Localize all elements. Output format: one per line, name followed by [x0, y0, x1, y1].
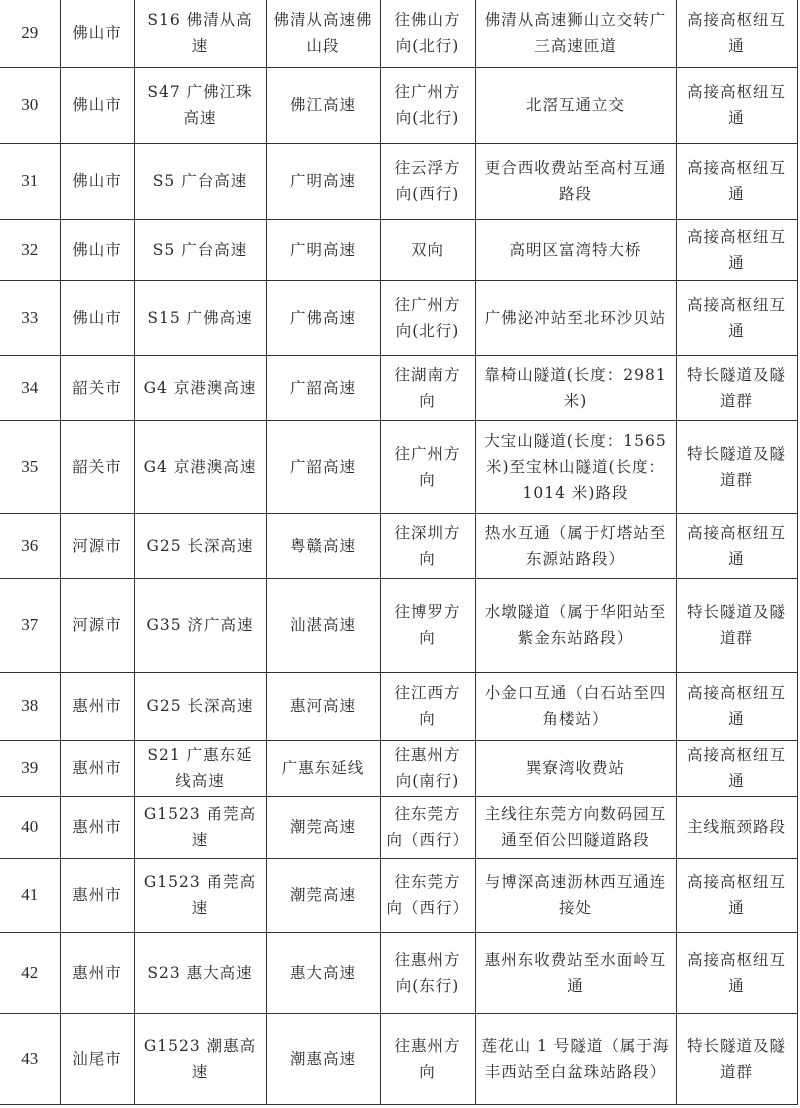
row-number: 34 [0, 355, 60, 420]
road-cell: S16 佛清从高速 [134, 0, 266, 67]
type-cell: 特长隧道及隧道群 [676, 1013, 797, 1104]
table-row: 35韶关市G4 京港澳高速广韶高速往广州方向大宝山隧道(长度：1565米)至宝林… [0, 420, 797, 513]
road-cell: G4 京港澳高速 [134, 355, 266, 420]
direction-cell: 往深圳方向 [380, 513, 475, 578]
location-cell: 靠椅山隧道(长度：2981米) [475, 355, 676, 420]
city-cell: 佛山市 [60, 280, 134, 355]
type-cell: 高接高枢纽互通 [676, 0, 797, 67]
table-row: 40惠州市G1523 甬莞高速潮莞高速往东莞方向（西行）主线往东莞方向数码园互通… [0, 796, 797, 858]
row-number: 40 [0, 796, 60, 858]
row-number: 38 [0, 672, 60, 740]
table-row: 38惠州市G25 长深高速惠河高速往江西方向小金口互通（白石站至四角楼站）高接高… [0, 672, 797, 740]
location-cell: 惠州东收费站至水面岭互通 [475, 932, 676, 1013]
location-cell: 莲花山 1 号隧道（属于海丰西站至白盆珠站路段） [475, 1013, 676, 1104]
road-cell: S21 广惠东延线高速 [134, 740, 266, 796]
table-row: 36河源市G25 长深高速粤赣高速往深圳方向热水互通（属于灯塔站至东源站路段）高… [0, 513, 797, 578]
row-number: 41 [0, 858, 60, 932]
direction-cell: 往惠州方向 [380, 1013, 475, 1104]
city-cell: 佛山市 [60, 219, 134, 280]
type-cell: 高接高枢纽互通 [676, 513, 797, 578]
city-cell: 惠州市 [60, 858, 134, 932]
section-cell: 广惠东延线 [266, 740, 380, 796]
section-cell: 惠大高速 [266, 932, 380, 1013]
direction-cell: 往东莞方向（西行） [380, 796, 475, 858]
direction-cell: 往广州方向 [380, 420, 475, 513]
section-cell: 潮莞高速 [266, 796, 380, 858]
road-cell: G35 济广高速 [134, 578, 266, 672]
road-cell: G1523 潮惠高速 [134, 1013, 266, 1104]
location-cell: 巽寮湾收费站 [475, 740, 676, 796]
road-cell: G1523 甬莞高速 [134, 858, 266, 932]
location-cell: 热水互通（属于灯塔站至东源站路段） [475, 513, 676, 578]
location-cell: 水墩隧道（属于华阳站至紫金东站路段） [475, 578, 676, 672]
direction-cell: 往湖南方向 [380, 355, 475, 420]
city-cell: 韶关市 [60, 420, 134, 513]
road-cell: G1523 甬莞高速 [134, 796, 266, 858]
location-cell: 高明区富湾特大桥 [475, 219, 676, 280]
row-number: 36 [0, 513, 60, 578]
road-cell: G4 京港澳高速 [134, 420, 266, 513]
row-number: 43 [0, 1013, 60, 1104]
location-cell: 主线往东莞方向数码园互通至佰公凹隧道路段 [475, 796, 676, 858]
road-cell: S23 惠大高速 [134, 932, 266, 1013]
row-number: 32 [0, 219, 60, 280]
location-cell: 北滘互通立交 [475, 67, 676, 143]
section-cell: 惠河高速 [266, 672, 380, 740]
type-cell: 特长隧道及隧道群 [676, 420, 797, 513]
row-number: 35 [0, 420, 60, 513]
section-cell: 潮莞高速 [266, 858, 380, 932]
city-cell: 佛山市 [60, 0, 134, 67]
direction-cell: 往云浮方向(西行) [380, 143, 475, 219]
location-cell: 广佛泌冲站至北环沙贝站 [475, 280, 676, 355]
row-number: 29 [0, 0, 60, 67]
direction-cell: 往惠州方向(东行) [380, 932, 475, 1013]
type-cell: 特长隧道及隧道群 [676, 578, 797, 672]
city-cell: 惠州市 [60, 796, 134, 858]
direction-cell: 往广州方向(北行) [380, 67, 475, 143]
table-row: 30佛山市S47 广佛江珠高速佛江高速往广州方向(北行)北滘互通立交高接高枢纽互… [0, 67, 797, 143]
city-cell: 惠州市 [60, 672, 134, 740]
section-cell: 广韶高速 [266, 355, 380, 420]
table-row: 33佛山市S15 广佛高速广佛高速往广州方向(北行)广佛泌冲站至北环沙贝站高接高… [0, 280, 797, 355]
section-cell: 汕湛高速 [266, 578, 380, 672]
type-cell: 高接高枢纽互通 [676, 858, 797, 932]
direction-cell: 往广州方向(北行) [380, 280, 475, 355]
section-cell: 佛江高速 [266, 67, 380, 143]
direction-cell: 往博罗方向 [380, 578, 475, 672]
row-number: 37 [0, 578, 60, 672]
type-cell: 高接高枢纽互通 [676, 740, 797, 796]
city-cell: 惠州市 [60, 740, 134, 796]
location-cell: 小金口互通（白石站至四角楼站） [475, 672, 676, 740]
city-cell: 佛山市 [60, 67, 134, 143]
direction-cell: 往东莞方向（西行） [380, 858, 475, 932]
section-cell: 佛清从高速佛山段 [266, 0, 380, 67]
row-number: 30 [0, 67, 60, 143]
road-cell: G25 长深高速 [134, 513, 266, 578]
section-cell: 广明高速 [266, 219, 380, 280]
row-number: 31 [0, 143, 60, 219]
congestion-points-table: 29佛山市S16 佛清从高速佛清从高速佛山段往佛山方向(北行)佛清从高速狮山立交… [0, 0, 798, 1105]
type-cell: 特长隧道及隧道群 [676, 355, 797, 420]
table-row: 29佛山市S16 佛清从高速佛清从高速佛山段往佛山方向(北行)佛清从高速狮山立交… [0, 0, 797, 67]
row-number: 39 [0, 740, 60, 796]
section-cell: 粤赣高速 [266, 513, 380, 578]
section-cell: 广韶高速 [266, 420, 380, 513]
city-cell: 河源市 [60, 578, 134, 672]
type-cell: 高接高枢纽互通 [676, 280, 797, 355]
table-row: 43汕尾市G1523 潮惠高速潮惠高速往惠州方向莲花山 1 号隧道（属于海丰西站… [0, 1013, 797, 1104]
direction-cell: 往惠州方向(南行) [380, 740, 475, 796]
row-number: 42 [0, 932, 60, 1013]
city-cell: 汕尾市 [60, 1013, 134, 1104]
city-cell: 惠州市 [60, 932, 134, 1013]
table-row: 31佛山市S5 广台高速广明高速往云浮方向(西行)更合西收费站至高村互通路段高接… [0, 143, 797, 219]
direction-cell: 往佛山方向(北行) [380, 0, 475, 67]
road-cell: S47 广佛江珠高速 [134, 67, 266, 143]
section-cell: 潮惠高速 [266, 1013, 380, 1104]
direction-cell: 双向 [380, 219, 475, 280]
road-cell: S5 广台高速 [134, 219, 266, 280]
table-row: 37河源市G35 济广高速汕湛高速往博罗方向水墩隧道（属于华阳站至紫金东站路段）… [0, 578, 797, 672]
row-number: 33 [0, 280, 60, 355]
type-cell: 高接高枢纽互通 [676, 219, 797, 280]
direction-cell: 往江西方向 [380, 672, 475, 740]
section-cell: 广明高速 [266, 143, 380, 219]
type-cell: 高接高枢纽互通 [676, 143, 797, 219]
location-cell: 更合西收费站至高村互通路段 [475, 143, 676, 219]
type-cell: 高接高枢纽互通 [676, 932, 797, 1013]
table-row: 32佛山市S5 广台高速广明高速双向高明区富湾特大桥高接高枢纽互通 [0, 219, 797, 280]
type-cell: 高接高枢纽互通 [676, 67, 797, 143]
section-cell: 广佛高速 [266, 280, 380, 355]
table-row: 42惠州市S23 惠大高速惠大高速往惠州方向(东行)惠州东收费站至水面岭互通高接… [0, 932, 797, 1013]
road-cell: S15 广佛高速 [134, 280, 266, 355]
location-cell: 与博深高速沥林西互通连接处 [475, 858, 676, 932]
city-cell: 韶关市 [60, 355, 134, 420]
type-cell: 主线瓶颈路段 [676, 796, 797, 858]
city-cell: 佛山市 [60, 143, 134, 219]
road-cell: G25 长深高速 [134, 672, 266, 740]
table-row: 41惠州市G1523 甬莞高速潮莞高速往东莞方向（西行）与博深高速沥林西互通连接… [0, 858, 797, 932]
table-row: 34韶关市G4 京港澳高速广韶高速往湖南方向靠椅山隧道(长度：2981米)特长隧… [0, 355, 797, 420]
location-cell: 大宝山隧道(长度：1565米)至宝林山隧道(长度：1014 米)路段 [475, 420, 676, 513]
type-cell: 高接高枢纽互通 [676, 672, 797, 740]
table-row: 39惠州市S21 广惠东延线高速广惠东延线往惠州方向(南行)巽寮湾收费站高接高枢… [0, 740, 797, 796]
road-cell: S5 广台高速 [134, 143, 266, 219]
city-cell: 河源市 [60, 513, 134, 578]
location-cell: 佛清从高速狮山立交转广三高速匝道 [475, 0, 676, 67]
